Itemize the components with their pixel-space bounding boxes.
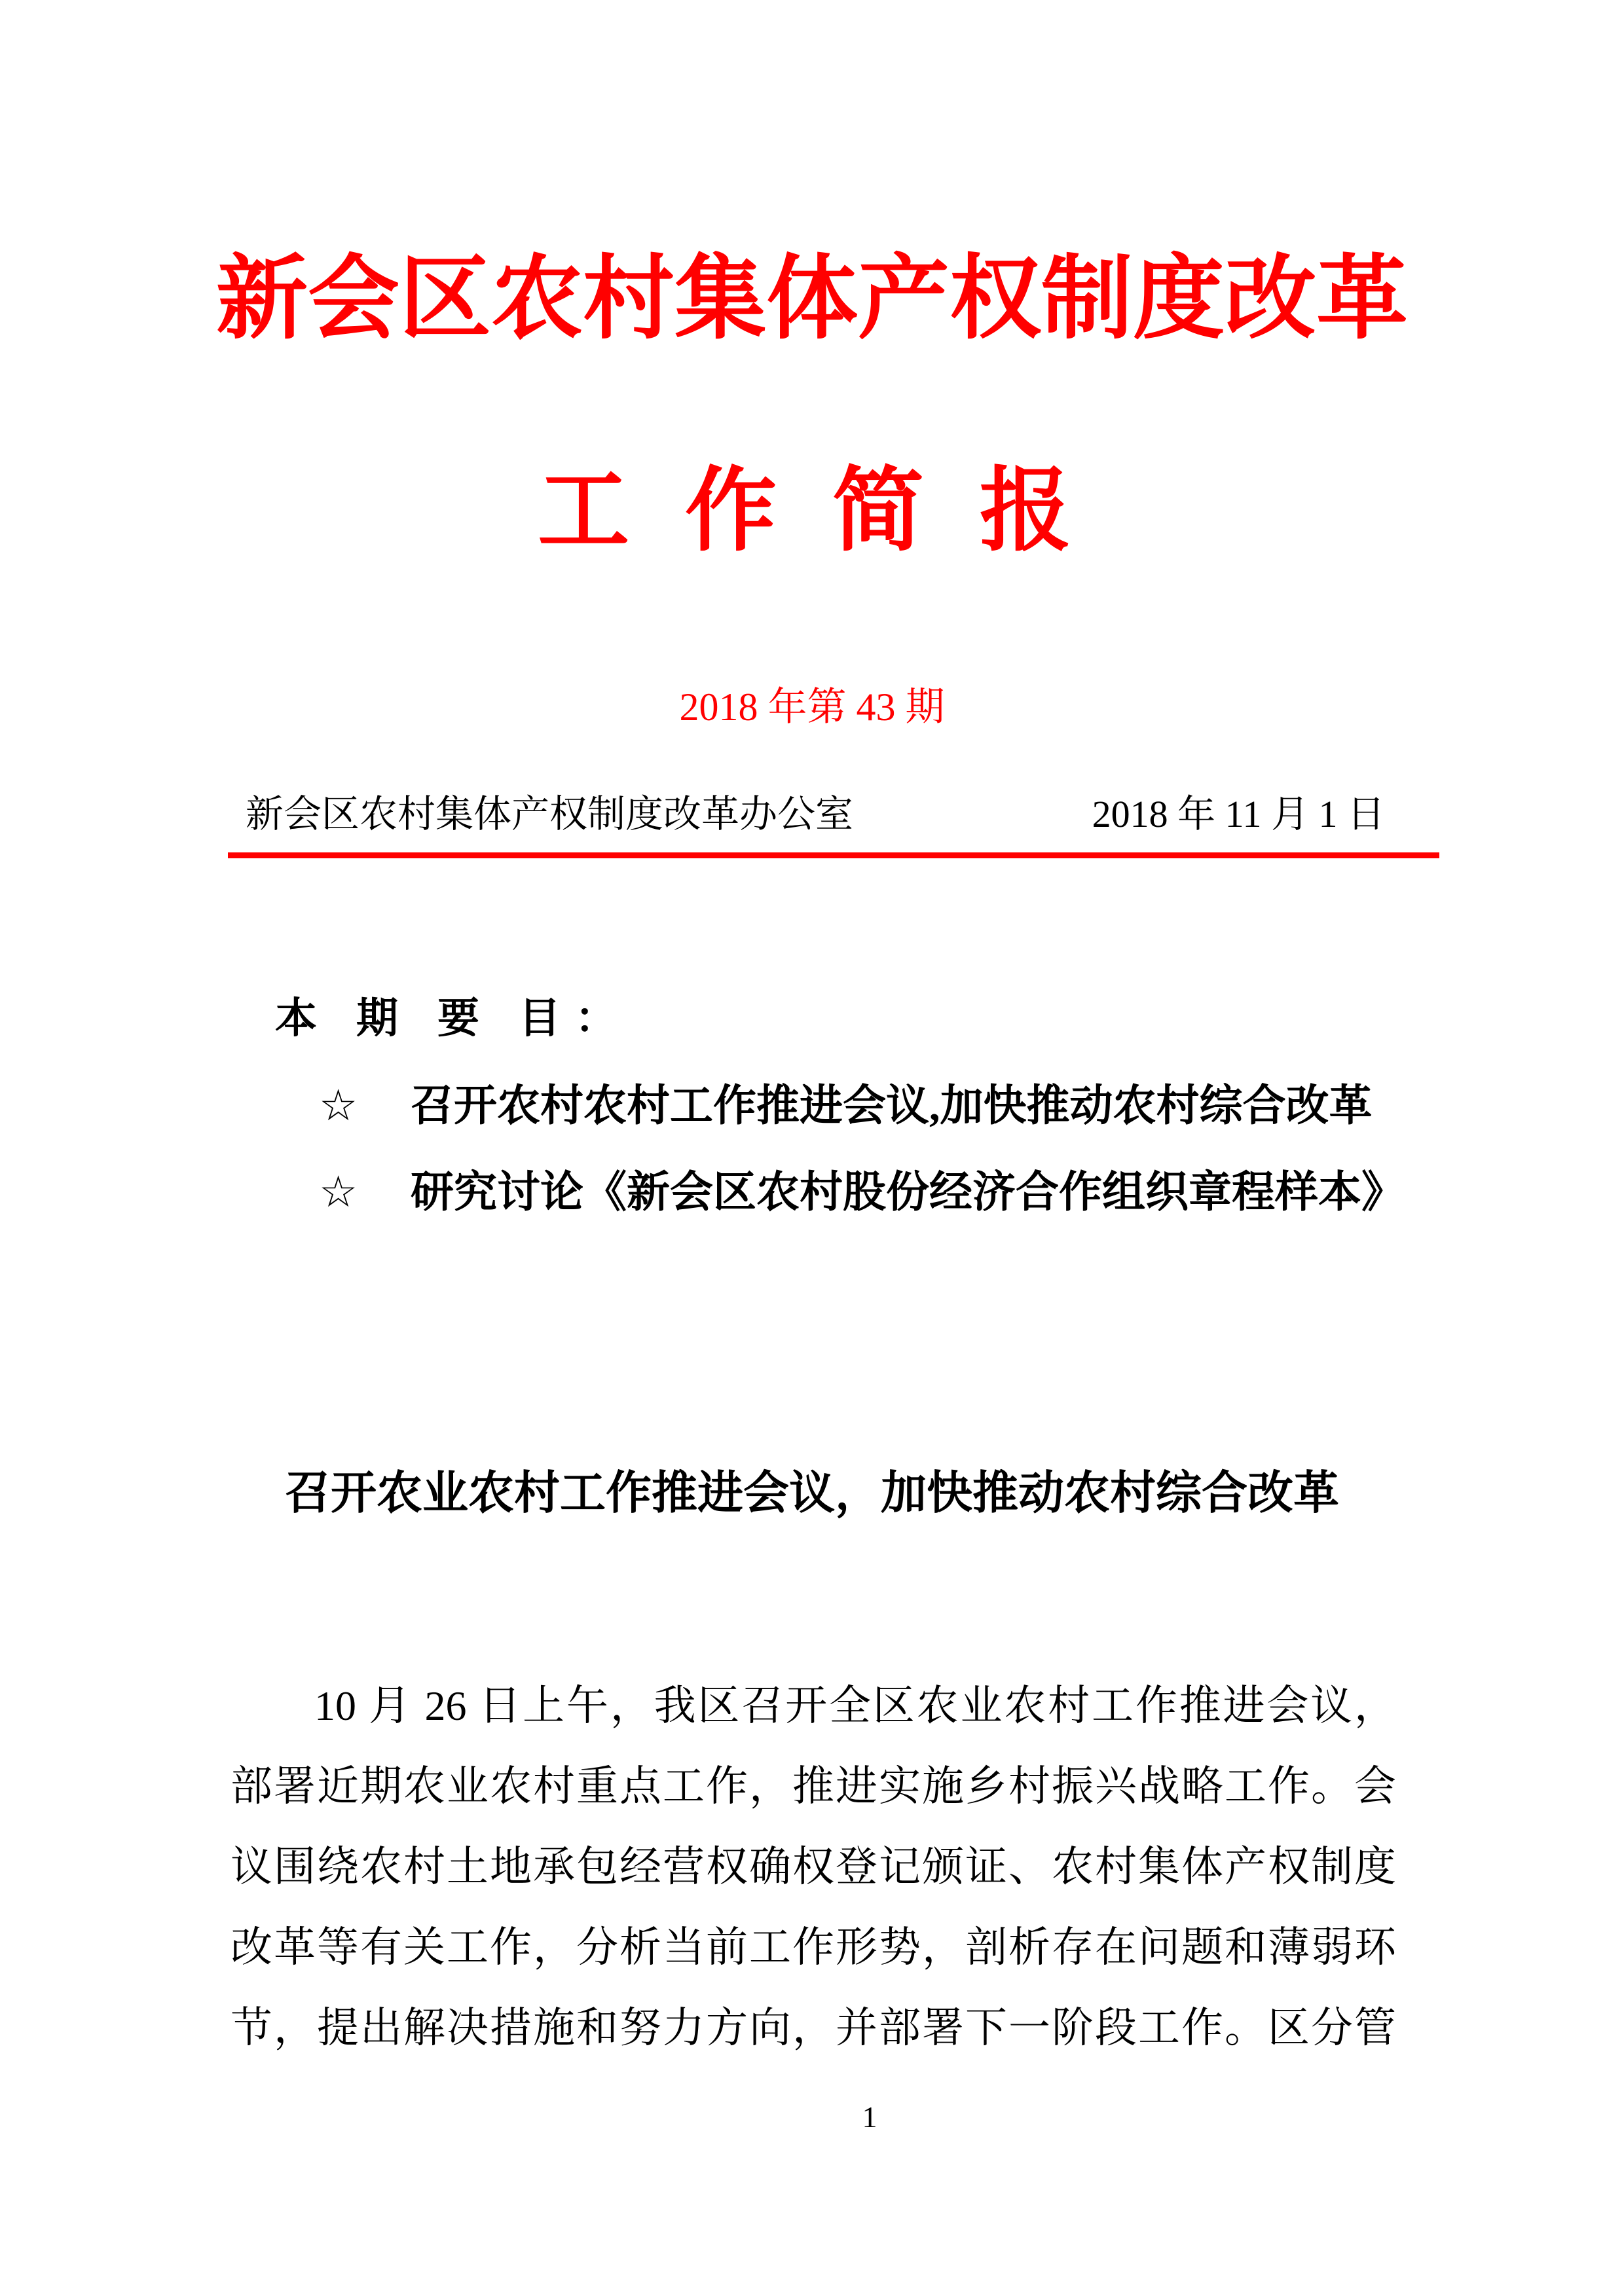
toc-item: ☆ 研究讨论《新会区农村股份经济合作组织章程样本》: [319, 1168, 1432, 1218]
toc-item-text: 研究讨论《新会区农村股份经济合作组织章程样本》: [411, 1168, 1405, 1218]
publication-info-row: 新会区农村集体产权制度改革办公室 2018 年 11 月 1 日: [246, 791, 1385, 838]
paragraph-line: 部署近期农业农村重点工作，推进实施乡村振兴战略工作。会: [231, 1746, 1396, 1827]
paragraph-line: 改革等有关工作，分析当前工作形势，剖析存在问题和薄弱环: [231, 1907, 1396, 1988]
paragraph-line: 议围绕农村土地承包经营权确权登记颁证、农村集体产权制度: [231, 1827, 1396, 1907]
article-heading: 召开农业农村工作推进会议，加快推动农村综合改革: [0, 1465, 1624, 1520]
red-divider-rule: [228, 852, 1439, 858]
paragraph-line: 10 月 26 日上午，我区召开全区农业农村工作推进会议，: [231, 1666, 1396, 1746]
page-number: 1: [837, 2099, 902, 2136]
star-icon: ☆: [319, 1168, 379, 1218]
star-icon: ☆: [319, 1082, 379, 1131]
toc-heading: 本 期 要 目：: [275, 993, 631, 1045]
document-page: 新会区农村集体产权制度改革 工 作 简 报 2018 年第 43 期 新会区农村…: [0, 0, 1624, 2296]
toc-item: ☆ 召开农村农村工作推进会议,加快推动农村综合改革: [319, 1082, 1432, 1131]
masthead-title-line1: 新会区农村集体产权制度改革: [0, 244, 1624, 354]
publishing-office: 新会区农村集体产权制度改革办公室: [246, 791, 853, 838]
publish-date: 2018 年 11 月 1 日: [1092, 791, 1385, 838]
article-paragraph: 10 月 26 日上午，我区召开全区农业农村工作推进会议， 部署近期农业农村重点…: [231, 1666, 1396, 2068]
issue-number: 2018 年第 43 期: [0, 683, 1624, 731]
masthead-title-line2: 工 作 简 报: [0, 456, 1624, 566]
paragraph-line: 节，提出解决措施和努力方向，并部署下一阶段工作。区分管: [231, 1988, 1396, 2068]
toc-item-text: 召开农村农村工作推进会议,加快推动农村综合改革: [411, 1082, 1373, 1131]
